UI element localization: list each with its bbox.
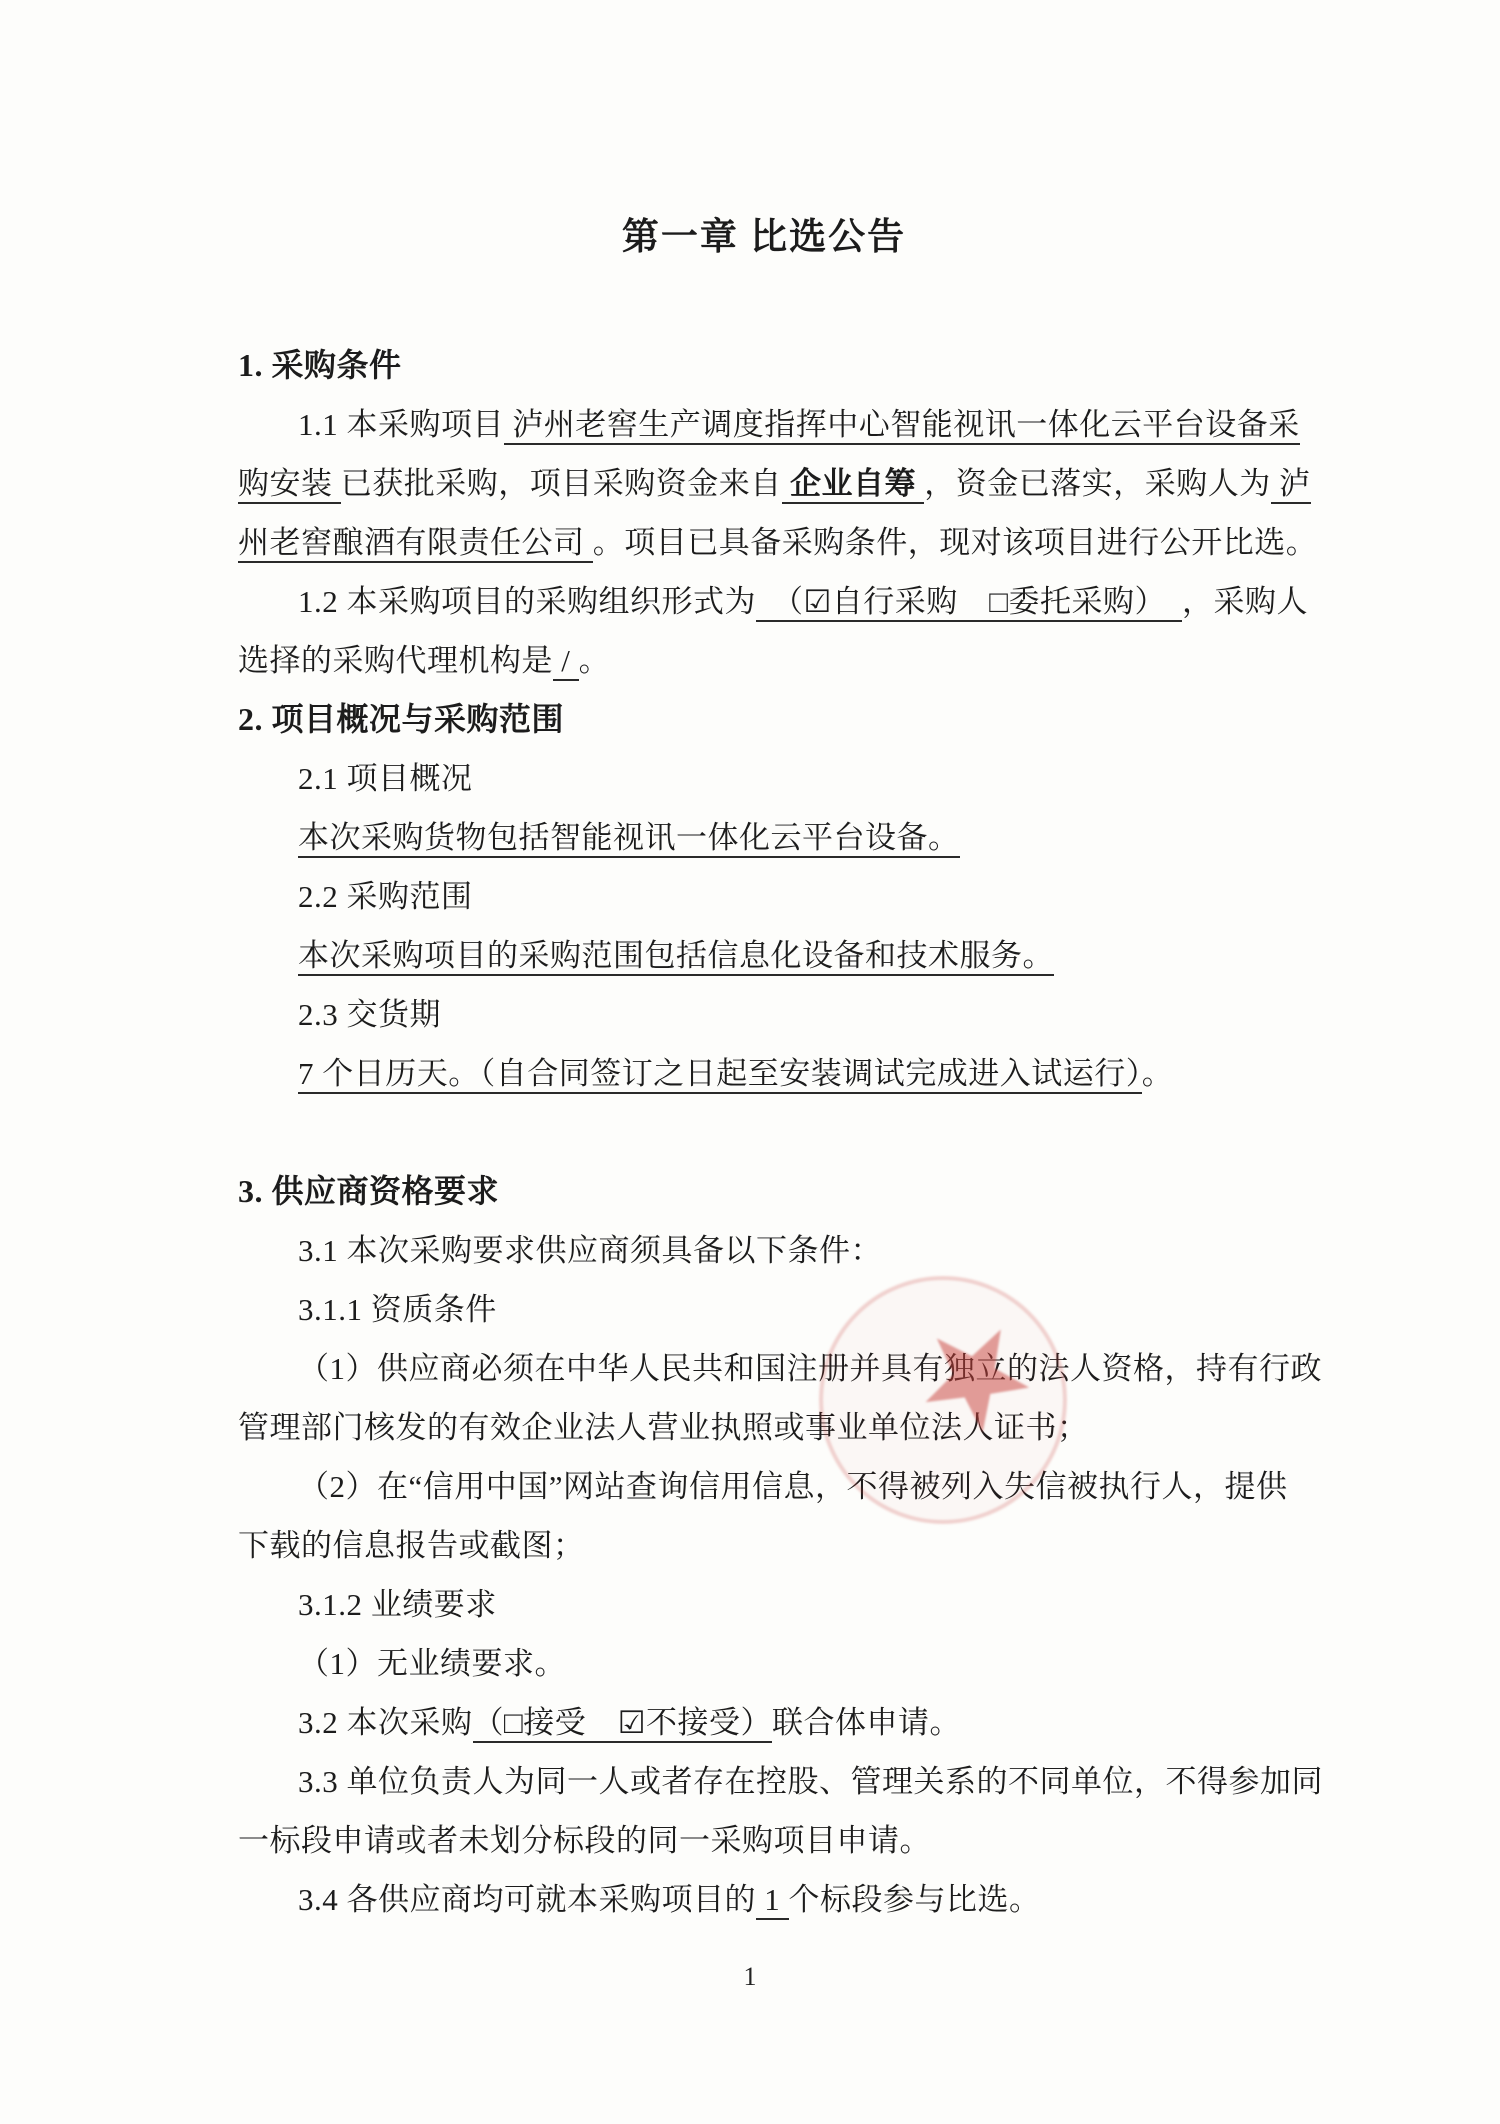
doc-line — [0, 1103, 1500, 1162]
doc-line: 2.1 项目概况 — [0, 749, 1500, 808]
doc-line: 1.2 本采购项目的采购组织形式为 （☑自行采购 □委托采购） ，采购人 — [0, 572, 1500, 631]
text-run: 已获批采购，项目采购资金来自 — [341, 466, 782, 501]
underlined-text-run: 泸州老窖生产调度指挥中心智能视讯一体化云平台设备采 — [504, 407, 1300, 445]
doc-line: 3.1.1 资质条件 — [0, 1280, 1500, 1339]
underlined-text-run: 企业自筹 — [782, 466, 925, 504]
doc-line: 管理部门核发的有效企业法人营业执照或事业单位法人证书； — [0, 1398, 1500, 1457]
underlined-text-run: 1 — [756, 1882, 789, 1920]
doc-line: （1）无业绩要求。 — [0, 1634, 1500, 1693]
underlined-text-run: / — [553, 643, 579, 681]
text-run: 3.3 单位负责人为同一人或者存在控股、管理关系的不同单位，不得参加同 — [298, 1764, 1323, 1799]
text-run: 1.2 本采购项目的采购组织形式为 — [298, 584, 756, 619]
text-run: （2）在“信用中国”网站查询信用信息，不得被列入失信被执行人，提供 — [298, 1469, 1288, 1504]
doc-line: 3.1 本次采购要求供应商须具备以下条件： — [0, 1221, 1500, 1280]
text-run: 2.3 交货期 — [298, 997, 441, 1032]
text-run: 联合体申请。 — [772, 1705, 961, 1740]
doc-line: 3.4 各供应商均可就本采购项目的 1 个标段参与比选。 — [0, 1870, 1500, 1929]
text-run: 3.4 各供应商均可就本采购项目的 — [298, 1882, 756, 1917]
underlined-text-run: 州老窖酿酒有限责任公司 — [238, 525, 593, 563]
underlined-text-run: 购安装 — [238, 466, 341, 504]
doc-line: 下载的信息报告或截图； — [0, 1516, 1500, 1575]
text-run: 下载的信息报告或截图； — [238, 1528, 585, 1563]
doc-line: 本次采购项目的采购范围包括信息化设备和技术服务。 — [0, 926, 1500, 985]
underlined-text-run: 本次采购项目的采购范围包括信息化设备和技术服务。 — [298, 938, 1054, 976]
text-run: 个标段参与比选。 — [789, 1882, 1041, 1917]
document-body: 1. 采购条件1.1 本采购项目 泸州老窖生产调度指挥中心智能视讯一体化云平台设… — [0, 336, 1500, 1929]
doc-line: 2.3 交货期 — [0, 985, 1500, 1044]
section-heading-line: 3. 供应商资格要求 — [0, 1162, 1500, 1221]
doc-line: （2）在“信用中国”网站查询信用信息，不得被列入失信被执行人，提供 — [0, 1457, 1500, 1516]
text-run: 2.1 项目概况 — [298, 761, 473, 796]
doc-line: 3.2 本次采购（□接受 ☑不接受）联合体申请。 — [0, 1693, 1500, 1752]
text-run: 3.1.1 资质条件 — [298, 1292, 497, 1327]
page-title: 第一章 比选公告 — [238, 212, 1290, 264]
doc-line: 3.1.2 业绩要求 — [0, 1575, 1500, 1634]
doc-line: 购安装 已获批采购，项目采购资金来自 企业自筹 ，资金已落实，采购人为 泸 — [0, 454, 1500, 513]
text-run: 。项目已具备采购条件，现对该项目进行公开比选。 — [593, 525, 1318, 560]
text-run: 2. 项目概况与采购范围 — [238, 701, 564, 737]
section-heading-line: 2. 项目概况与采购范围 — [0, 690, 1500, 749]
text-run: 1.1 本采购项目 — [298, 407, 504, 442]
text-run: ，资金已落实，采购人为 — [924, 466, 1271, 501]
text-run: 。 — [1142, 1056, 1174, 1091]
document-page: 第一章 比选公告 1. 采购条件1.1 本采购项目 泸州老窖生产调度指挥中心智能… — [0, 0, 1500, 2124]
doc-line: （1）供应商必须在中华人民共和国注册并具有独立的法人资格，持有行政 — [0, 1339, 1500, 1398]
page-number: 1 — [0, 1962, 1500, 1992]
doc-line: 一标段申请或者未划分标段的同一采购项目申请。 — [0, 1811, 1500, 1870]
text-run: （1）无业绩要求。 — [298, 1646, 566, 1681]
text-run: 3. 供应商资格要求 — [238, 1173, 499, 1209]
text-run: 一标段申请或者未划分标段的同一采购项目申请。 — [238, 1823, 931, 1858]
underlined-text-run: （□接受 ☑不接受） — [473, 1705, 773, 1743]
underlined-text-run: 泸 — [1271, 466, 1311, 504]
text-run: ，采购人 — [1182, 584, 1308, 619]
text-run: （1）供应商必须在中华人民共和国注册并具有独立的法人资格，持有行政 — [298, 1351, 1322, 1386]
doc-line: 7 个日历天。（自合同签订之日起至安装调试完成进入试运行）。 — [0, 1044, 1500, 1103]
text-run: 管理部门核发的有效企业法人营业执照或事业单位法人证书； — [238, 1410, 1089, 1445]
text-run: 选择的采购代理机构是 — [238, 643, 553, 678]
doc-line: 2.2 采购范围 — [0, 867, 1500, 926]
doc-line: 选择的采购代理机构是 / 。 — [0, 631, 1500, 690]
section-heading-line: 1. 采购条件 — [0, 336, 1500, 395]
underlined-text-run: 本次采购货物包括智能视讯一体化云平台设备。 — [298, 820, 960, 858]
underlined-text-run: （☑自行采购 □委托采购） — [756, 584, 1182, 622]
text-run: 3.1.2 业绩要求 — [298, 1587, 497, 1622]
text-run: 。 — [579, 643, 611, 678]
doc-line: 3.3 单位负责人为同一人或者存在控股、管理关系的不同单位，不得参加同 — [0, 1752, 1500, 1811]
doc-line: 本次采购货物包括智能视讯一体化云平台设备。 — [0, 808, 1500, 867]
underlined-text-run: 7 个日历天。（自合同签订之日起至安装调试完成进入试运行） — [298, 1056, 1142, 1094]
doc-line: 1.1 本采购项目 泸州老窖生产调度指挥中心智能视讯一体化云平台设备采 — [0, 395, 1500, 454]
text-run: 3.2 本次采购 — [298, 1705, 473, 1740]
text-run: 1. 采购条件 — [238, 347, 402, 383]
text-run: 3.1 本次采购要求供应商须具备以下条件： — [298, 1233, 882, 1268]
doc-line: 州老窖酿酒有限责任公司 。项目已具备采购条件，现对该项目进行公开比选。 — [0, 513, 1500, 572]
text-run: 2.2 采购范围 — [298, 879, 473, 914]
